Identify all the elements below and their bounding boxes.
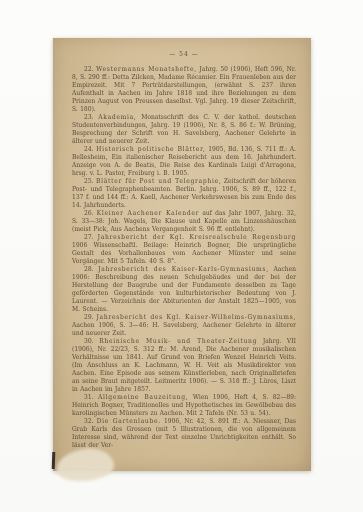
bibliography-entry-23: 23. Akademia, Monatsschrift des C. V. de… xyxy=(72,114,296,146)
bibliography-entry-32: 32. Die Gartenlaube. 1906, Nr. 42, S. 89… xyxy=(72,418,296,450)
bibliography-entry-30: 30. Rheinische Musik- und Theater-Zeitun… xyxy=(72,338,296,394)
page-content: — 54 — 22. Westermanns Monatshefte, Jahr… xyxy=(72,51,296,450)
bibliography-entry-28: 28. Jahresbericht des Kaiser-Karls-Gymna… xyxy=(72,266,296,314)
bibliography-entry-22: 22. Westermanns Monatshefte, Jahrg. 50 (… xyxy=(72,66,296,114)
entry-title: Westermanns Monatshefte, xyxy=(96,66,197,73)
bibliography-entry-29: 29. Jahresbericht des Kgl. Kaiser-Wilhel… xyxy=(72,314,296,338)
entry-number: 28. xyxy=(84,266,94,273)
entry-title: Blätter für Post und Telegraphie, xyxy=(96,178,221,185)
entry-text: 1906 Wissenschaftl. Beilage: Heinrich Bo… xyxy=(72,242,296,265)
entry-text: Aachen 1906: Beschreibung des neuen Schu… xyxy=(72,266,296,313)
entry-text: Jahrg. VII (1906), Nr. 22/23, S. 312 ff.… xyxy=(72,338,296,393)
book-page: — 54 — 22. Westermanns Monatshefte, Jahr… xyxy=(53,38,311,471)
entry-number: 27. xyxy=(84,234,94,241)
bibliography-entry-25: 25. Blätter für Post und Telegraphie, Ze… xyxy=(72,178,296,210)
entry-title: Jahresbericht des Kaiser-Karls-Gymnasium… xyxy=(98,266,269,273)
entry-number: 25. xyxy=(84,178,94,185)
entry-title: Rheinische Musik- und Theater-Zeitung xyxy=(99,338,257,345)
entry-text: Aachen 1906, S. 3—46: H. Savelsberg, Aac… xyxy=(72,322,296,337)
bibliography-entry-27: 27. Jahresbericht der Kgl. Kreisrealschu… xyxy=(72,234,296,266)
entry-number: 26. xyxy=(84,210,94,217)
entry-number: 29. xyxy=(84,314,94,321)
entry-title: Allgemeine Bauzeitung, xyxy=(98,394,188,401)
bibliography-entry-24: 24. Historisch politische Blätter, 1905,… xyxy=(72,146,296,178)
entry-title: Die Gartenlaube. xyxy=(97,418,161,425)
bibliography-entry-26: 26. Kleiner Aachener Kalender auf das Ja… xyxy=(72,210,296,234)
entry-number: 24. xyxy=(84,146,94,153)
entry-number: 30. xyxy=(84,338,94,345)
entry-title: Jahresbericht des Kgl. Kaiser-Wilhelms-G… xyxy=(96,314,296,321)
entry-number: 31. xyxy=(84,394,94,401)
entry-title: Historisch politische Blätter, xyxy=(96,146,205,153)
page-edge-mark xyxy=(52,452,56,469)
entry-title: Kleiner Aachener Kalender xyxy=(97,210,200,217)
entry-number: 22. xyxy=(84,66,94,73)
bibliography-entry-31: 31. Allgemeine Bauzeitung, Wien 1906, He… xyxy=(72,394,296,418)
page-number-header: — 54 — xyxy=(72,51,296,59)
entry-title: Akademia, xyxy=(98,114,136,121)
entry-title: Jahresbericht der Kgl. Kreisrealschule R… xyxy=(98,234,296,241)
entry-number: 32. xyxy=(84,418,94,425)
entry-number: 23. xyxy=(84,114,94,121)
scanned-book-photo: — 54 — 22. Westermanns Monatshefte, Jahr… xyxy=(0,0,363,512)
entry-text: Jahrg. 50 (1906), Heft 596, Nr. 8, S. 29… xyxy=(72,66,296,113)
